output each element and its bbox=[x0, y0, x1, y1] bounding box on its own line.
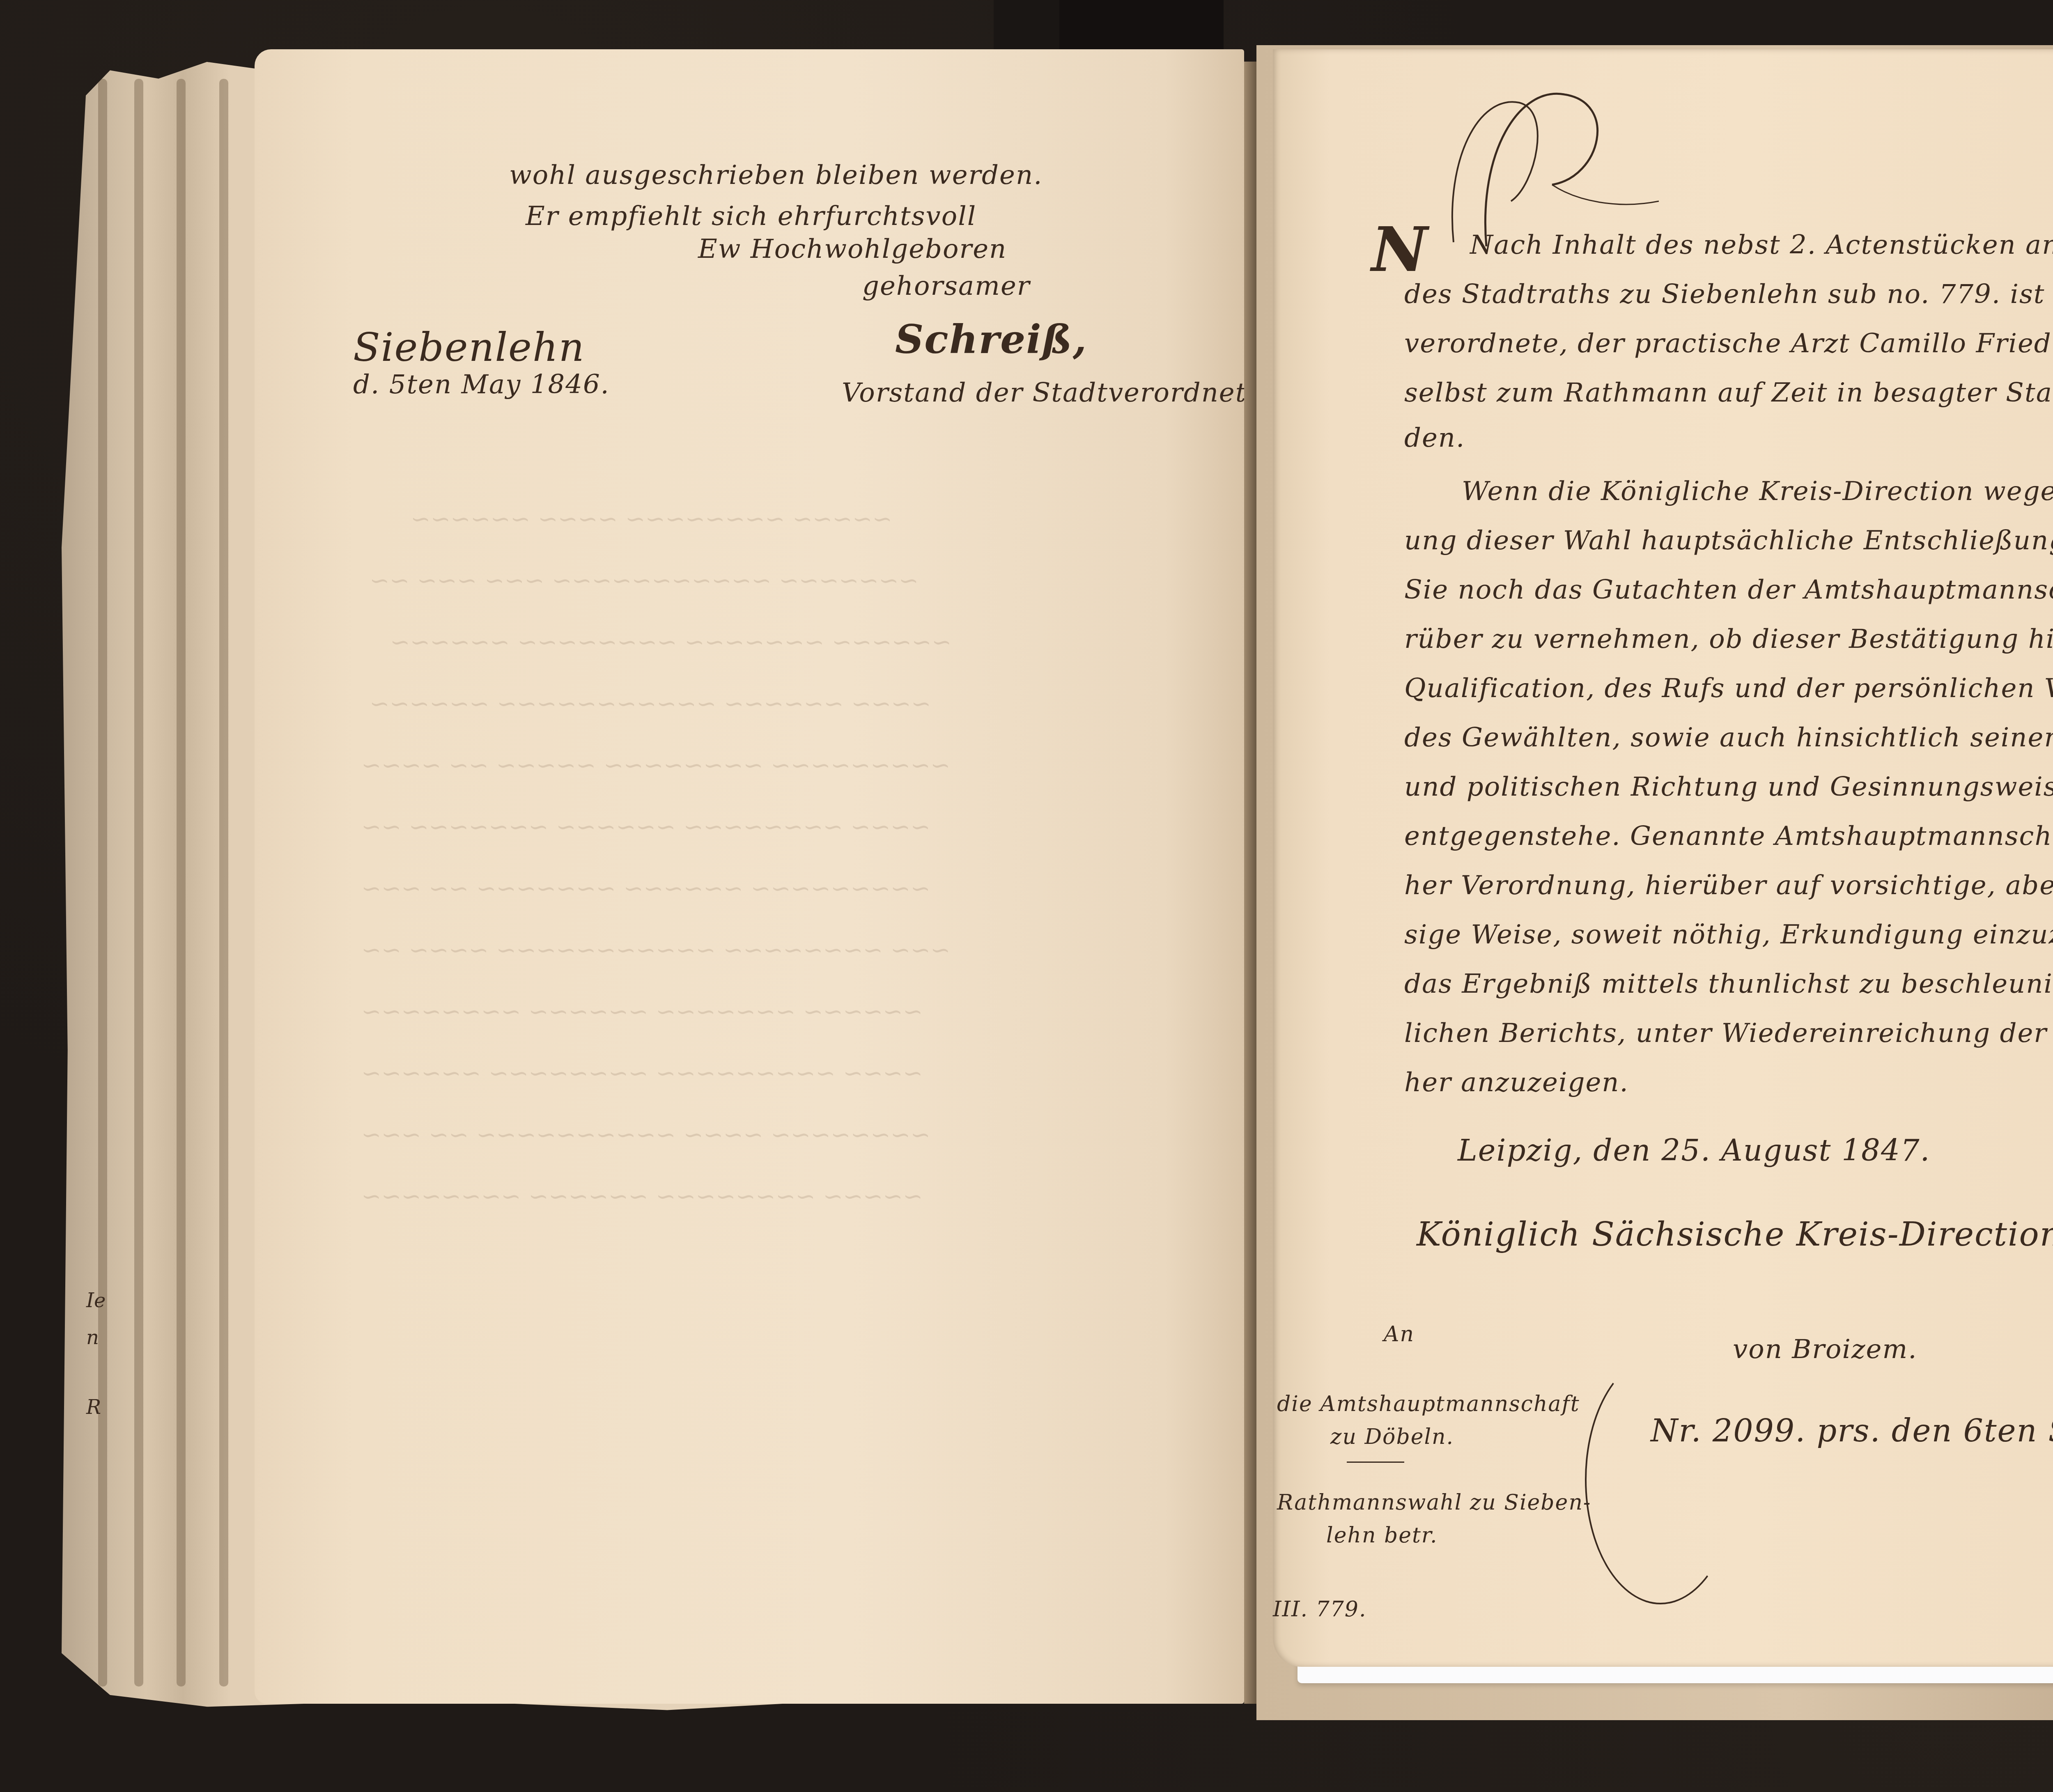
registry-note: Nr. 2099. prs. den 6ten September 1847. bbox=[1651, 1412, 2053, 1449]
signature-flourish bbox=[1585, 1355, 1736, 1604]
body-line: des Gewählten, sowie auch hinsichtlich s… bbox=[1404, 723, 2053, 753]
margin-fragment: R bbox=[86, 1396, 101, 1419]
body-line: entgegenstehe. Genannte Amtshauptmannsch… bbox=[1404, 821, 2053, 851]
place-name: Siebenlehn bbox=[353, 324, 585, 370]
body-line: her anzuzeigen. bbox=[1404, 1067, 1629, 1098]
body-line: und politischen Richtung und Gesinnungsw… bbox=[1404, 772, 2053, 802]
body-line: das Ergebniß mittels thunlichst zu besch… bbox=[1404, 969, 2053, 999]
body-line: ung dieser Wahl hauptsächliche Entschlie… bbox=[1404, 525, 2053, 556]
body-line: sige Weise, soweit nöthig, Erkundigung e… bbox=[1404, 920, 2053, 950]
body-line: verordnete, der practische Arzt Camillo … bbox=[1404, 328, 2053, 359]
body-line: Qualification, des Rufs und der persönli… bbox=[1404, 673, 2053, 704]
divider-squiggle bbox=[1347, 1462, 1404, 1463]
left-line-2: Er empfiehlt sich ehrfurchtsvoll bbox=[526, 201, 976, 232]
subject-line: Rathmannswahl zu Sieben- bbox=[1277, 1490, 1591, 1515]
left-date: d. 5ten May 1846. bbox=[353, 369, 610, 400]
official-signature: von Broizem. bbox=[1733, 1334, 1918, 1365]
margin-fragment: Ie bbox=[86, 1289, 106, 1312]
left-line-1: wohl ausgeschrieben bleiben werden. bbox=[509, 160, 1043, 190]
signature-title: Vorstand der Stadtverordneten. bbox=[842, 378, 1290, 408]
body-line: Nach Inhalt des nebst 2. Actenstücken an… bbox=[1470, 230, 2053, 260]
body-line: rüber zu vernehmen, ob dieser Bestätigun… bbox=[1404, 624, 2053, 654]
body-line: lichen Berichts, unter Wiedereinreichung… bbox=[1404, 1018, 2053, 1049]
body-line: her Verordnung, hierüber auf vorsichtige… bbox=[1404, 870, 2053, 901]
left-line-3: Ew Hochwohlgeboren bbox=[698, 234, 1007, 264]
body-line: Sie noch das Gutachten der Amtshauptmann… bbox=[1404, 575, 2053, 605]
body-line: den. bbox=[1404, 423, 1465, 453]
address-line: die Amtshauptmannschaft bbox=[1277, 1392, 1580, 1416]
reference-number: III. 779. bbox=[1273, 1597, 1366, 1622]
body-line: Wenn die Königliche Kreis-Direction wege… bbox=[1462, 476, 2053, 507]
body-line: selbst zum Rathmann auf Zeit in besagter… bbox=[1404, 378, 2053, 408]
decorative-initial-flourish bbox=[1429, 78, 1675, 250]
address-line: zu Döbeln. bbox=[1330, 1425, 1454, 1449]
subject-line: lehn betr. bbox=[1326, 1523, 1438, 1548]
margin-fragment: n bbox=[86, 1326, 99, 1349]
address-prefix: An bbox=[1384, 1322, 1415, 1347]
closing-phrase: gehorsamer bbox=[862, 271, 1030, 301]
left-signature: Schreiß, bbox=[895, 316, 1087, 363]
initial-letter: N bbox=[1371, 213, 1428, 286]
date-line: Leipzig, den 25. August 1847. bbox=[1458, 1133, 1930, 1168]
authority-line: Königlich Sächsische Kreis-Direction. bbox=[1417, 1215, 2053, 1253]
body-line: des Stadtraths zu Siebenlehn sub no. 779… bbox=[1404, 279, 2053, 310]
